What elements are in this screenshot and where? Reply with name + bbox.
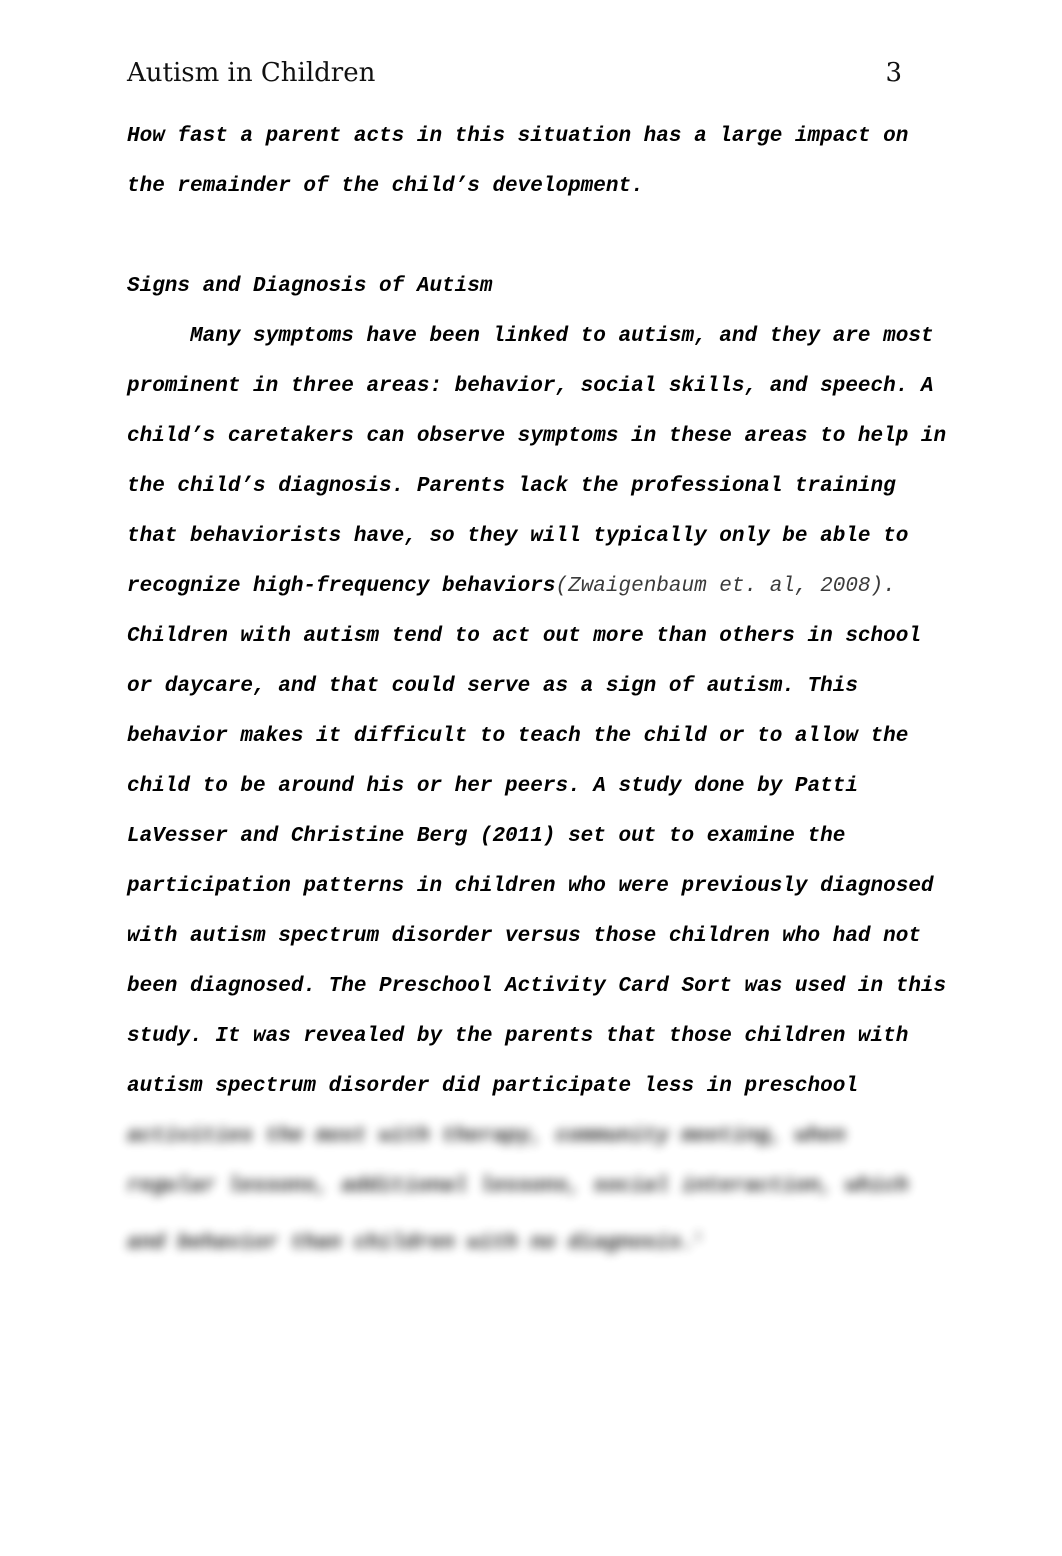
text-line: with autism spectrum disorder versus tho… (127, 912, 1062, 962)
text-line: recognize high-frequency behaviors(Zwaig… (127, 562, 1062, 612)
text-line: How fast a parent acts in this situation… (127, 112, 1062, 162)
text-line: Children with autism tend to act out mor… (127, 612, 1062, 662)
document-body: How fast a parent acts in this situation… (127, 112, 1062, 1262)
text-line: that behaviorists have, so they will typ… (127, 512, 1062, 562)
page-header: Autism in Children 3 (127, 58, 902, 88)
blurred-text-line: activities the most with therapy, commun… (127, 1112, 1062, 1162)
blurred-text-line: and behavior than children with no diagn… (127, 1212, 1062, 1262)
superscript-mark: 1 (694, 1229, 702, 1244)
text-line: autism spectrum disorder did participate… (127, 1062, 1062, 1112)
text-segment: recognize high-frequency behaviors (127, 575, 555, 598)
text-line: child’s caretakers can observe symptoms … (127, 412, 1062, 462)
blurred-text-line: regular lessons, additional lessons, soc… (127, 1162, 1062, 1212)
section-heading: Signs and Diagnosis of Autism (127, 262, 1062, 312)
running-head-title: Autism in Children (127, 58, 375, 88)
text-segment: and behavior than children with no diagn… (127, 1232, 694, 1255)
citation-text: (Zwaigenbaum et. al, 2008). (555, 575, 895, 598)
text-line: LaVesser and Christine Berg (2011) set o… (127, 812, 1062, 862)
document-page: Autism in Children 3 How fast a parent a… (0, 0, 1062, 1556)
text-line: been diagnosed. The Preschool Activity C… (127, 962, 1062, 1012)
page-number: 3 (885, 58, 902, 88)
text-line: the remainder of the child’s development… (127, 162, 1062, 212)
text-line: study. It was revealed by the parents th… (127, 1012, 1062, 1062)
text-line: participation patterns in children who w… (127, 862, 1062, 912)
text-line: behavior makes it difficult to teach the… (127, 712, 1062, 762)
text-line: Many symptoms have been linked to autism… (127, 312, 1062, 362)
text-line: the child’s diagnosis. Parents lack the … (127, 462, 1062, 512)
text-line: child to be around his or her peers. A s… (127, 762, 1062, 812)
text-line (127, 212, 1062, 262)
text-line: prominent in three areas: behavior, soci… (127, 362, 1062, 412)
text-line: or daycare, and that could serve as a si… (127, 662, 1062, 712)
